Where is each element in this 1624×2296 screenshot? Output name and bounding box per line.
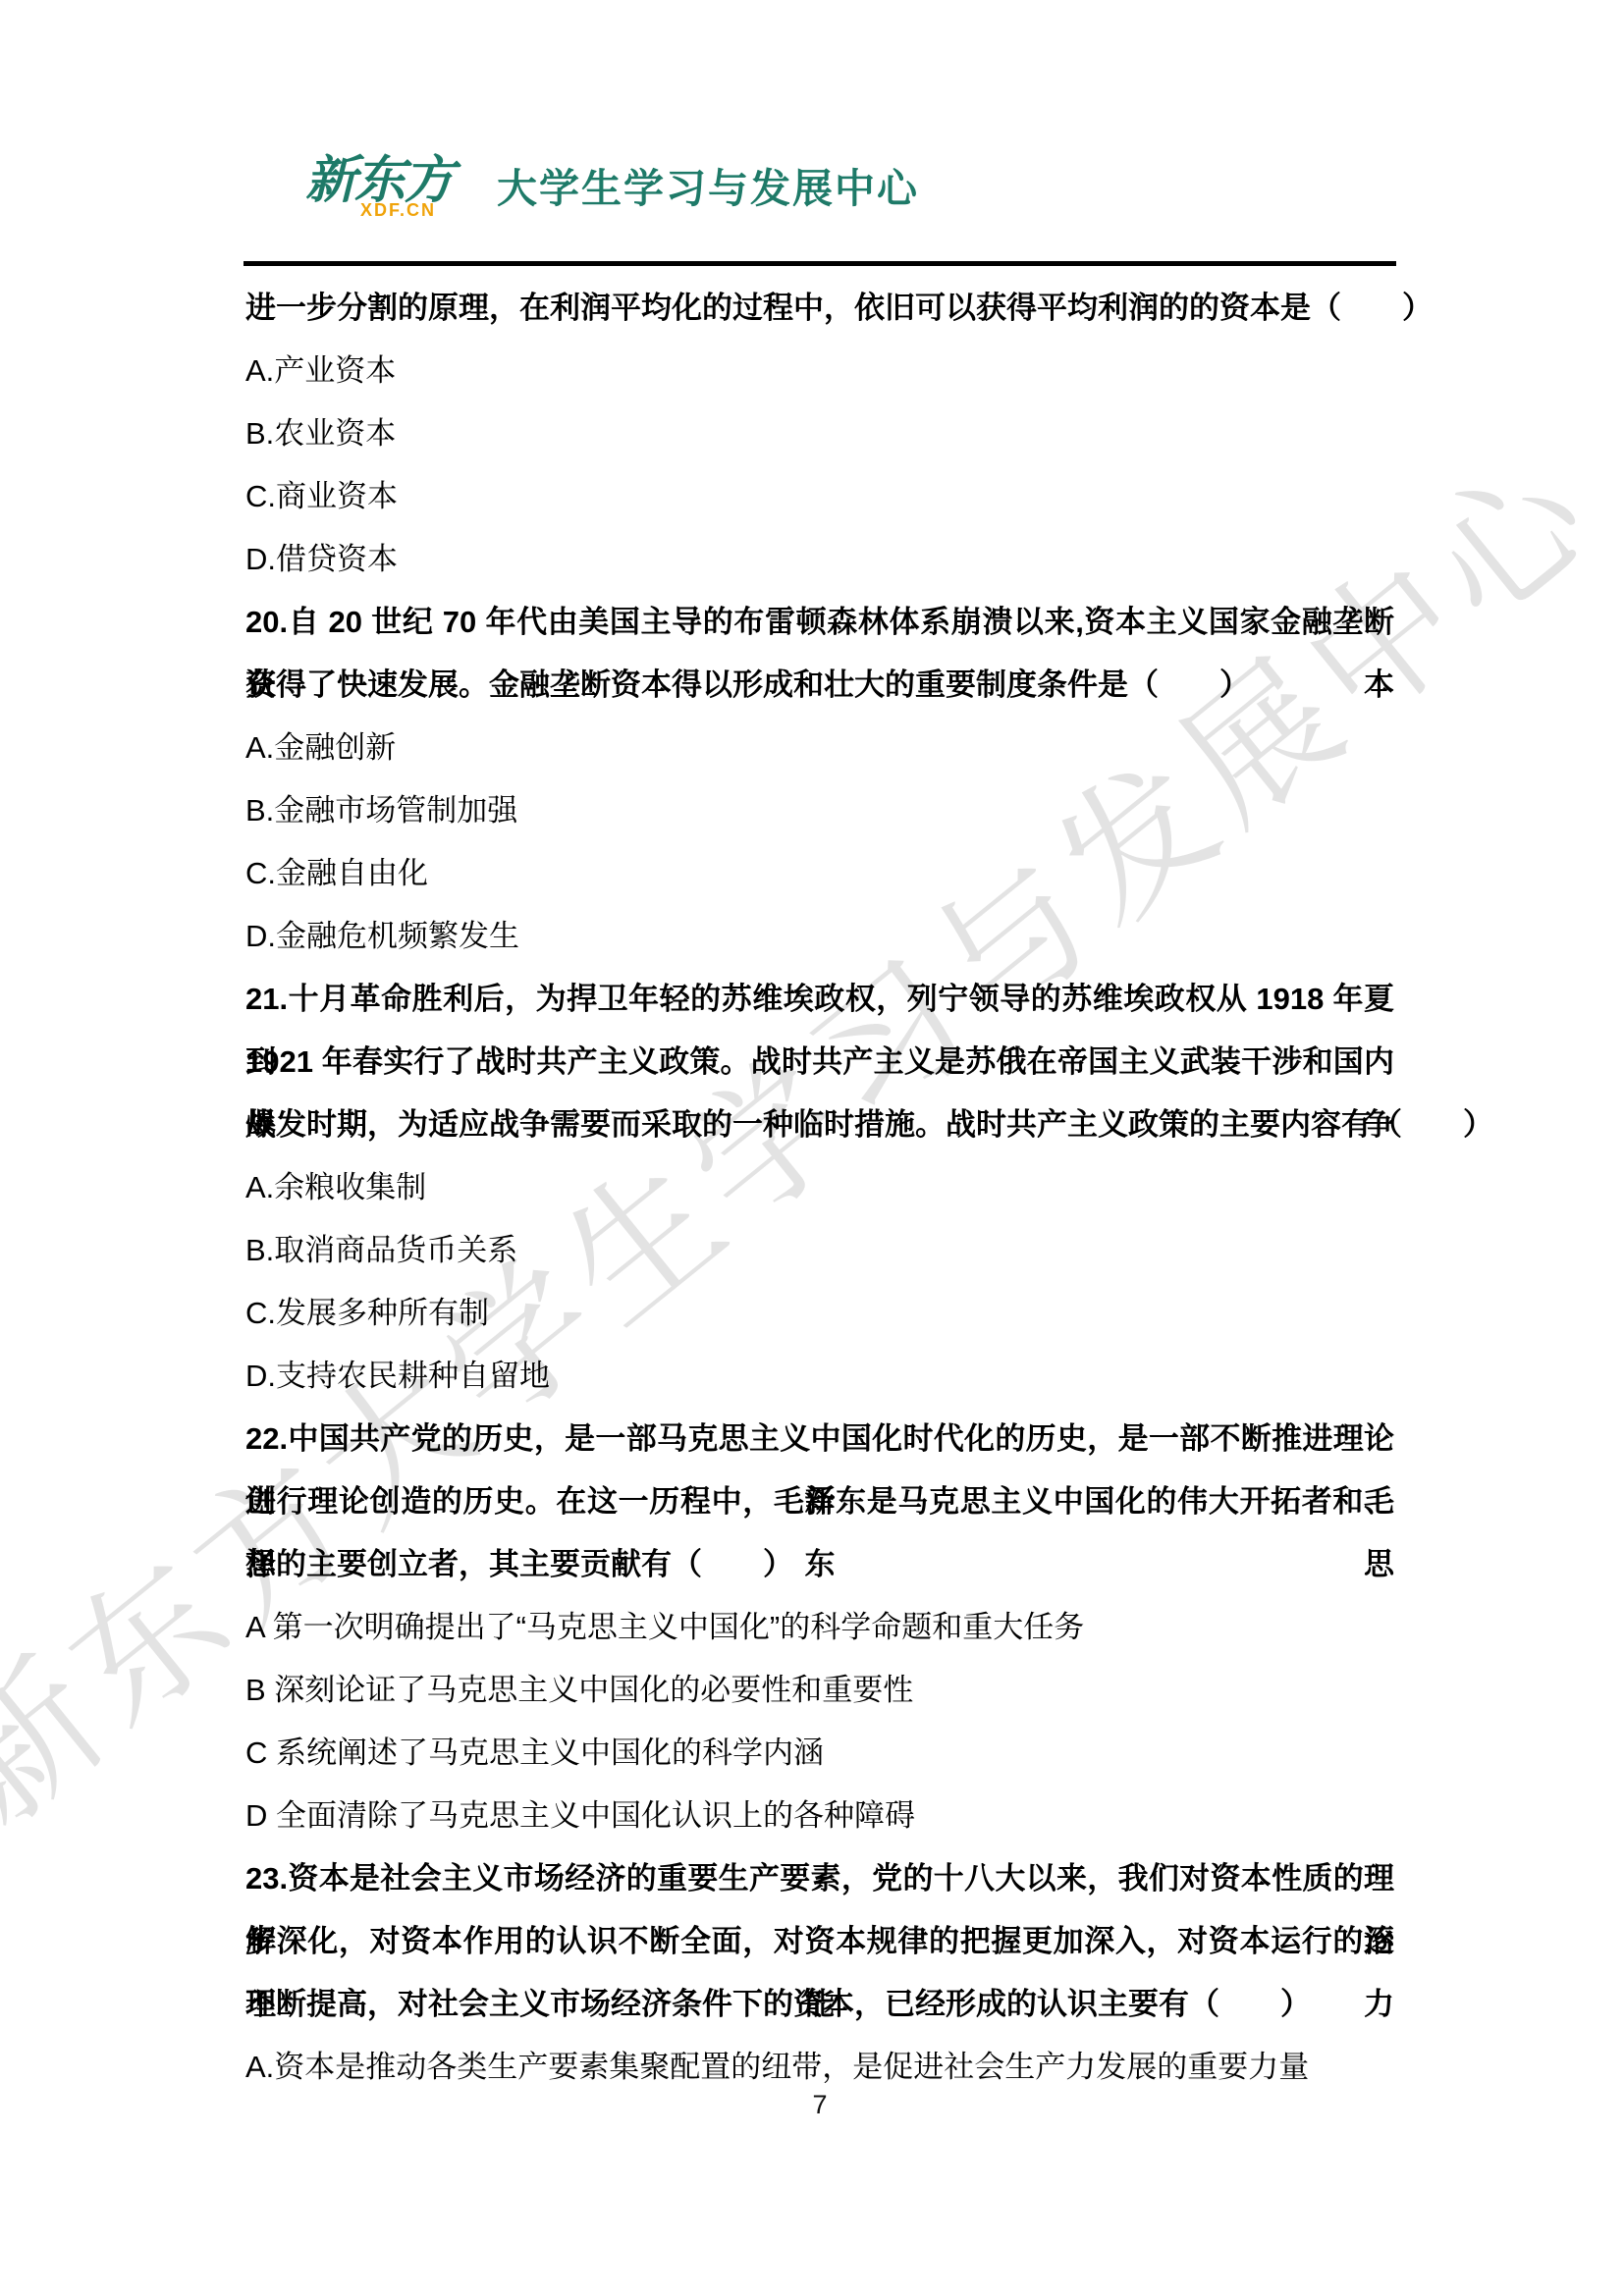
text-line: C.商业资本: [245, 465, 1394, 528]
text-line: 步深化，对资本作用的认识不断全面，对资本规律的把握更加深入，对资本运行的治理能力: [245, 1910, 1394, 1973]
text-line: 23.资本是社会主义市场经济的重要生产要素，党的十八大以来，我们对资本性质的理解…: [245, 1847, 1394, 1910]
document-body: 进一步分割的原理，在利润平均化的过程中，依旧可以获得平均利润的的资本是（ ）A.…: [245, 277, 1394, 2099]
text-line: 爆发时期，为适应战争需要而采取的一种临时措施。战时共产主义政策的主要内容有（ ）: [245, 1094, 1394, 1156]
page-number: 7: [245, 2087, 1394, 2122]
text-line: B.农业资本: [245, 402, 1394, 465]
text-line: A.产业资本: [245, 340, 1394, 402]
header-divider-line: [244, 261, 1396, 266]
xdf-logo-brand: 新东方: [305, 155, 467, 206]
text-line: A.余粮收集制: [245, 1156, 1394, 1219]
document-page: 新东方大学生学习与发展中心 新东方 XDF.CN 大学生学习与发展中心 进一步分…: [0, 0, 1624, 2296]
text-line: D.金融危机频繁发生: [245, 905, 1394, 968]
text-line: 进一步分割的原理，在利润平均化的过程中，依旧可以获得平均利润的的资本是（ ）: [245, 277, 1394, 340]
text-line: D 全面清除了马克思主义中国化认识上的各种障碍: [245, 1785, 1394, 1847]
xdf-logo: 新东方 XDF.CN: [305, 155, 467, 220]
text-line: A 第一次明确提出了“马克思主义中国化”的科学命题和重大任务: [245, 1596, 1394, 1659]
text-line: B 深刻论证了马克思主义中国化的必要性和重要性: [245, 1659, 1394, 1722]
org-name: 大学生学习与发展中心: [497, 167, 919, 210]
text-line: 进行理论创造的历史。在这一历程中，毛泽东是马克思主义中国化的伟大开拓者和毛泽东思: [245, 1470, 1394, 1533]
text-line: C.金融自由化: [245, 842, 1394, 905]
text-line: C 系统阐述了马克思主义中国化的科学内涵: [245, 1722, 1394, 1785]
text-line: 20.自 20 世纪 70 年代由美国主导的布雷顿森林体系崩溃以来,资本主义国家…: [245, 591, 1394, 654]
text-line: 获得了快速发展。金融垄断资本得以形成和壮大的重要制度条件是（ ）: [245, 654, 1394, 717]
text-line: 不断提高，对社会主义市场经济条件下的资本，已经形成的认识主要有（ ）: [245, 1973, 1394, 2036]
text-line: B.金融市场管制加强: [245, 779, 1394, 842]
xdf-logo-domain: XDF.CN: [360, 200, 436, 221]
text-line: A.金融创新: [245, 717, 1394, 779]
page-header: 新东方 XDF.CN 大学生学习与发展中心: [305, 155, 919, 220]
text-line: 21.十月革命胜利后，为捍卫年轻的苏维埃政权，列宁领导的苏维埃政权从 1918 …: [245, 968, 1394, 1031]
text-line: B.取消商品货币关系: [245, 1219, 1394, 1282]
text-line: D.借贷资本: [245, 528, 1394, 591]
text-line: D.支持农民耕种自留地: [245, 1345, 1394, 1408]
text-line: 22.中国共产党的历史，是一部马克思主义中国化时代化的历史，是一部不断推进理论创…: [245, 1408, 1394, 1470]
text-line: C.发展多种所有制: [245, 1282, 1394, 1345]
text-line: 1921 年春实行了战时共产主义政策。战时共产主义是苏俄在帝国主义武装干涉和国内…: [245, 1031, 1394, 1094]
